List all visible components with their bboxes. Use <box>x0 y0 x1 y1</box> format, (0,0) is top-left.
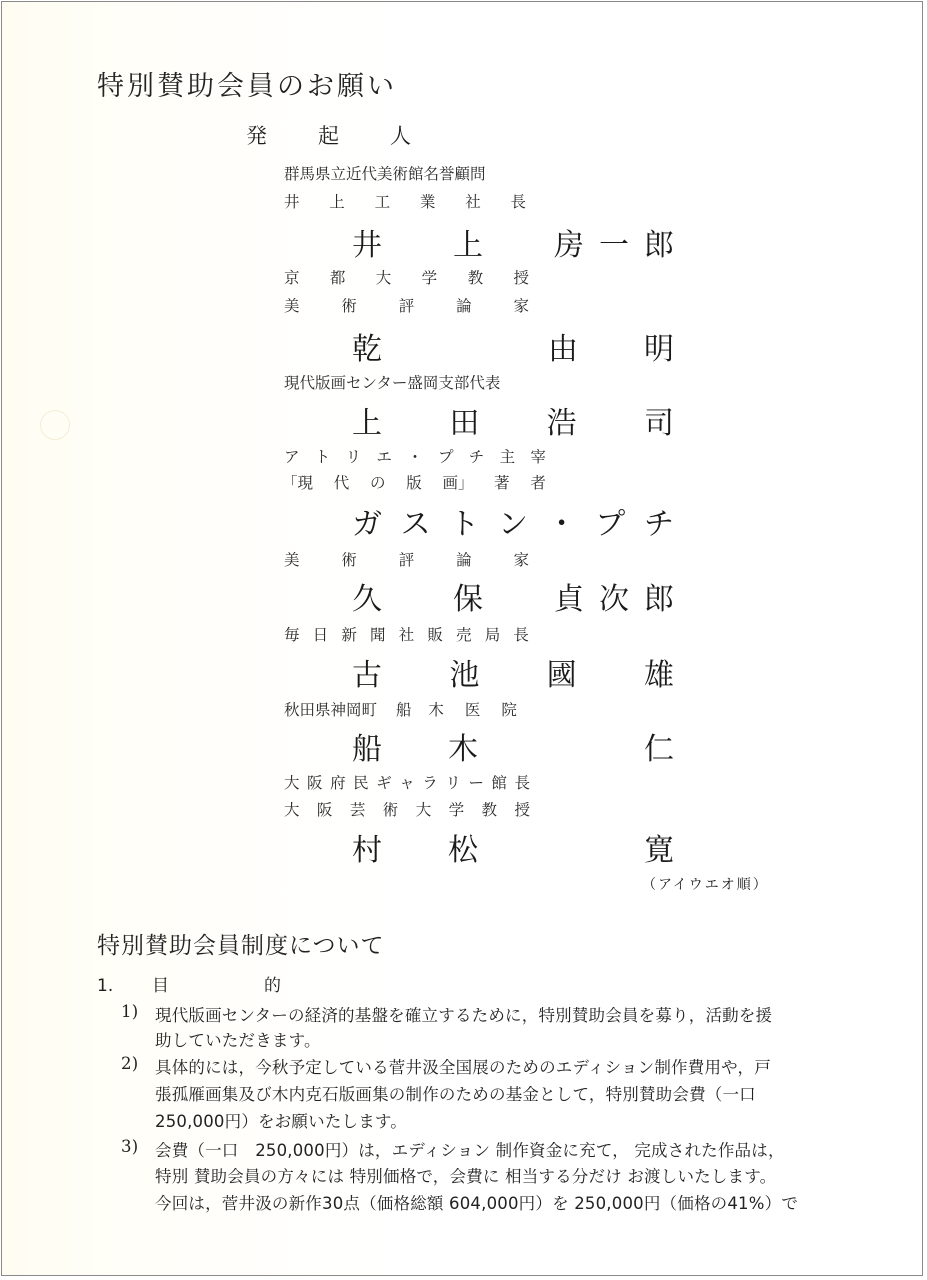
name-char: 貞 <box>554 574 594 618</box>
promoter-name: 村 松 寛 <box>352 825 674 869</box>
aff-text: 秋田県神岡町 <box>284 701 377 719</box>
aff-char: 美 <box>284 294 300 316</box>
name-char: 井 <box>352 220 448 264</box>
name-char: 池 <box>449 650 479 694</box>
aff-char: 教 <box>468 266 484 288</box>
heading-char: 人 <box>390 120 462 150</box>
paragraph-line: 特別 賛助会員の方々には 特別価格で，会費に 相当する分だけ お渡しいたします。 <box>155 1163 776 1187</box>
aff-char: 授 <box>513 266 529 288</box>
paragraph-line: 助していただきます。 <box>155 1027 321 1051</box>
aff-char: 院 <box>501 701 517 719</box>
aff-char: 教 <box>482 798 498 820</box>
aff-char: 社 <box>465 190 481 212</box>
aff-char: ー <box>468 771 484 793</box>
paragraph-line: 250,000円）をお願いたします。 <box>155 1108 407 1132</box>
promoter-affiliation: 群馬県立近代美術館名誉顧問 <box>284 162 486 184</box>
aff-char: リ <box>346 445 362 467</box>
name-char: 國 <box>547 650 577 694</box>
name-char: 村 <box>352 825 448 869</box>
aff-char: 主 <box>500 445 516 467</box>
aff-char: 局 <box>485 623 501 645</box>
aff-char: 業 <box>420 190 436 212</box>
name-char: 次 <box>599 574 639 618</box>
aff-char: 授 <box>514 798 530 820</box>
aff-char: 木 <box>428 701 444 719</box>
promoter-affiliation: 井 上 工 業 社 長 <box>284 190 526 212</box>
paragraph-line: 会費（一口 250,000円）は，エディション 制作資金に充て， 完成された作品… <box>155 1137 785 1161</box>
name-char: 田 <box>449 398 479 442</box>
page-title: 特別賛助会員のお願い <box>97 64 397 103</box>
aff-char: 新 <box>341 623 357 645</box>
aff-char: 家 <box>513 548 529 570</box>
aff-char: 評 <box>399 294 415 316</box>
promoter-affiliation: 大 阪 芸 術 大 学 教 授 <box>284 798 530 820</box>
name-char: ・ <box>547 499 577 543</box>
promoter-affiliation: 「現 代 の 版 画」 著 者 <box>282 471 546 493</box>
aff-char: 論 <box>456 294 472 316</box>
promoter-name: ガ ス ト ン ・ プ チ <box>352 499 674 543</box>
aff-char: 医 <box>465 701 481 719</box>
subsection-char: 的 <box>264 976 281 996</box>
document-page: 特別賛助会員のお願い 発起人 群馬県立近代美術館名誉顧問 井 上 工 業 社 長… <box>1 1 923 1276</box>
promoter-name: 久 保 貞 次 郎 <box>352 574 674 618</box>
name-char: 乾 <box>352 324 382 368</box>
item-marker: 3) <box>121 1137 138 1156</box>
aff-char: の <box>370 471 386 493</box>
aff-char: ャ <box>399 771 415 793</box>
paragraph-line: 現代版画センターの経済的基盤を確立するために，特別賛助会員を募り，活動を援 <box>155 1002 772 1026</box>
promoters-heading: 発起人 <box>246 120 462 150</box>
aff-char: 日 <box>313 623 329 645</box>
section-title: 特別賛助会員制度について <box>97 927 385 960</box>
aff-char: 学 <box>449 798 465 820</box>
aff-char: 「現 <box>282 471 313 493</box>
name-char: 上 <box>352 398 382 442</box>
name-char: 浩 <box>547 398 577 442</box>
aff-char: 美 <box>284 548 300 570</box>
aff-char: ト <box>315 445 331 467</box>
aff-char: 術 <box>341 294 357 316</box>
aff-char: 長 <box>513 623 529 645</box>
aff-char: 館 <box>491 771 507 793</box>
promoter-name: 上 田 浩 司 <box>352 398 674 442</box>
name-char: チ <box>644 499 674 543</box>
name-char: 松 <box>448 825 478 869</box>
name-char: 久 <box>352 574 448 618</box>
aff-char: 長 <box>514 771 530 793</box>
promoter-affiliation: 京 都 大 学 教 授 <box>284 266 529 288</box>
subsection-char: 目 <box>152 971 264 996</box>
aff-char: 井 <box>284 190 300 212</box>
name-char: 明 <box>644 324 674 368</box>
name-char: 上 <box>453 220 549 264</box>
name-char: 船 <box>352 724 448 768</box>
aff-char: 船 <box>396 701 412 719</box>
promoter-affiliation: 美 術 評 論 家 <box>284 548 529 570</box>
aff-char: 芸 <box>350 798 366 820</box>
aff-char: 大 <box>284 798 300 820</box>
aff-char: 術 <box>341 548 357 570</box>
promoter-affiliation: 現代版画センター盛岡支部代表 <box>284 371 500 393</box>
name-char: 仁 <box>644 724 674 768</box>
aff-char: 大 <box>284 771 300 793</box>
aff-char: 著 <box>494 471 510 493</box>
name-char: 寛 <box>644 825 674 869</box>
name-char: 由 <box>548 324 644 368</box>
aff-char: 代 <box>334 471 350 493</box>
name-char: 郎 <box>644 220 674 264</box>
aff-char: 民 <box>353 771 369 793</box>
paragraph-line: 張孤雁画集及び木内克石版画集の制作のための基金として，特別賛助会費（一口 <box>155 1081 756 1105</box>
aff-char: 大 <box>416 798 432 820</box>
subsection-number: 1. <box>97 976 152 996</box>
aff-char: 宰 <box>530 445 546 467</box>
aff-char: 大 <box>376 266 392 288</box>
name-char: 房 <box>554 220 594 264</box>
item-marker: 1) <box>121 1002 138 1021</box>
promoter-name: 古 池 國 雄 <box>352 650 674 694</box>
promoter-name: 乾 由 明 <box>352 324 674 368</box>
name-char: ン <box>498 499 528 543</box>
name-char: ト <box>449 499 479 543</box>
aff-char: 都 <box>330 266 346 288</box>
aff-char: チ <box>469 445 485 467</box>
aff-char: ・ <box>407 445 423 467</box>
name-char: ス <box>401 499 431 543</box>
heading-char: 発 <box>246 120 318 150</box>
name-char: 司 <box>644 398 674 442</box>
aff-char: 毎 <box>284 623 300 645</box>
aff-char: ア <box>284 445 300 467</box>
name-char: 木 <box>448 724 478 768</box>
aff-char: 版 <box>406 471 422 493</box>
name-char: 古 <box>352 650 382 694</box>
punch-hole-mark <box>40 410 70 440</box>
item-marker: 2) <box>121 1054 138 1073</box>
aff-char: 画」 <box>442 471 473 493</box>
aff-char: 学 <box>422 266 438 288</box>
aff-char: 阪 <box>307 771 323 793</box>
promoter-affiliation: 大 阪 府 民 ギ ャ ラ リ ー 館 長 <box>284 771 530 793</box>
aff-char: 聞 <box>370 623 386 645</box>
aff-char: 者 <box>530 471 546 493</box>
aff-char: 売 <box>456 623 472 645</box>
aff-char: 府 <box>330 771 346 793</box>
aff-char: 評 <box>399 548 415 570</box>
aff-char: ギ <box>376 771 392 793</box>
paragraph-line: 具体的には，今秋予定している菅井汲全国展のためのエディション制作費用や，戸 <box>155 1054 771 1078</box>
aff-char: 社 <box>399 623 415 645</box>
promoter-name: 船 木 仁 <box>352 724 674 768</box>
name-char: プ <box>595 499 625 543</box>
name-char: 保 <box>453 574 549 618</box>
aff-char: プ <box>438 445 454 467</box>
aff-char: 工 <box>375 190 391 212</box>
aff-char: 阪 <box>317 798 333 820</box>
name-char: ガ <box>352 499 382 543</box>
name-char: 郎 <box>644 574 674 618</box>
heading-char: 起 <box>318 120 390 150</box>
order-note: （アイウエオ順） <box>642 874 769 894</box>
name-char: 雄 <box>644 650 674 694</box>
aff-char: 家 <box>513 294 529 316</box>
aff-char: 上 <box>329 190 345 212</box>
promoter-name: 井 上 房 一 郎 <box>352 220 674 264</box>
aff-char: エ <box>376 445 392 467</box>
promoter-affiliation: 秋田県神岡町 船 木 医 院 <box>284 698 517 720</box>
aff-char: 販 <box>427 623 443 645</box>
aff-char: 術 <box>383 798 399 820</box>
name-char: 一 <box>599 220 639 264</box>
promoter-affiliation: ア ト リ エ ・ プ チ 主 宰 <box>284 445 546 467</box>
paragraph-line: 今回は，菅井汲の新作30点（価格総額 604,000円）を 250,000円（価… <box>155 1190 798 1214</box>
aff-char: 論 <box>456 548 472 570</box>
aff-char: リ <box>445 771 461 793</box>
promoter-affiliation: 美 術 評 論 家 <box>284 294 529 316</box>
aff-char: 京 <box>284 266 300 288</box>
subsection-heading: 1.目的 <box>97 971 281 996</box>
promoter-affiliation: 毎 日 新 聞 社 販 売 局 長 <box>284 623 529 645</box>
aff-char: 長 <box>510 190 526 212</box>
aff-char: ラ <box>422 771 438 793</box>
